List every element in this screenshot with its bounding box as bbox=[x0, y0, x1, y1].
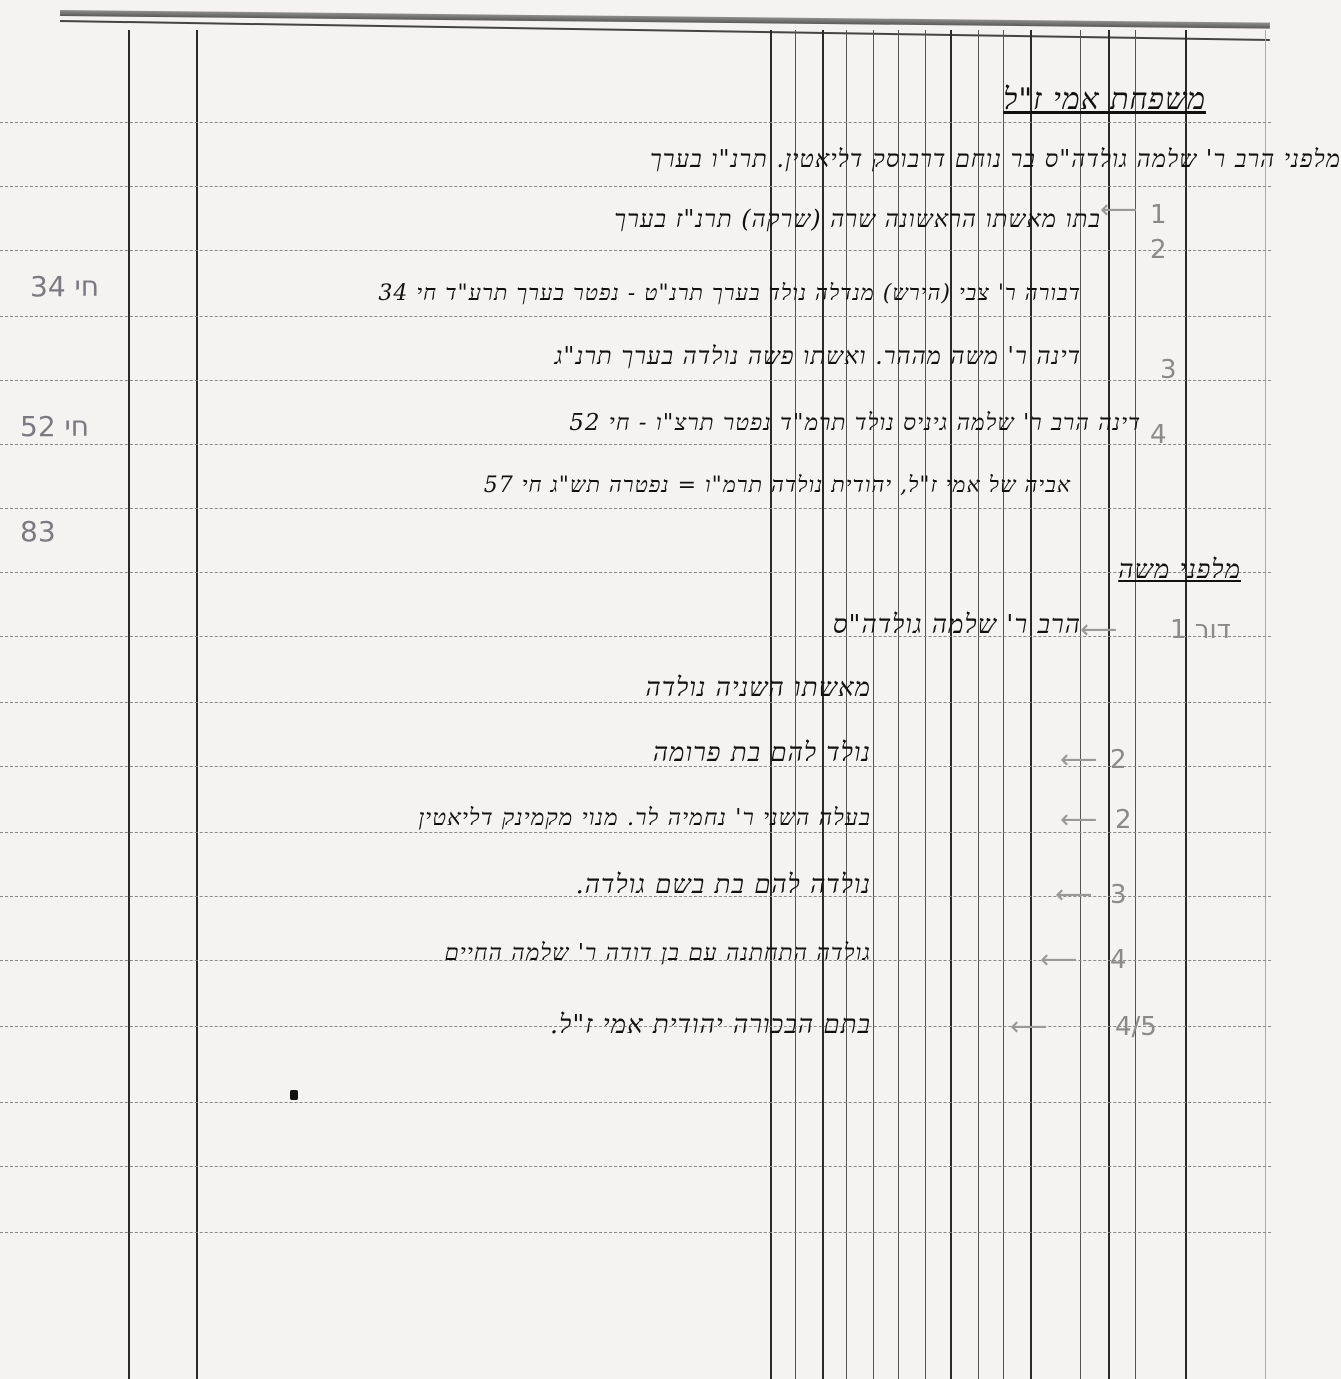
text-line: דבורה ר' צבי (הירש) מנדלה נולד בערך תרנ"… bbox=[378, 280, 1081, 306]
document-title: משפחת אמי ז"ל bbox=[1003, 82, 1206, 117]
text-line: נולד להם בת פרומה bbox=[653, 738, 871, 768]
arrow-annotation: ⟵ bbox=[1080, 615, 1117, 645]
generation-number: 2 bbox=[1150, 235, 1167, 265]
generation-number: 2 bbox=[1110, 745, 1127, 775]
generation-number: דור 1 bbox=[1170, 615, 1231, 645]
text-line: הרב ר' שלמה גולדה"ס bbox=[833, 610, 1081, 640]
arrow-annotation: ⟵ bbox=[1100, 195, 1137, 225]
generation-number: 4 bbox=[1150, 420, 1167, 450]
text-line: גולדה התחתנה עם בן דודה ר' שלמה החיים bbox=[444, 940, 871, 966]
generation-number: 3 bbox=[1160, 355, 1177, 385]
generation-number: 4 bbox=[1110, 945, 1127, 975]
text-line: מלפני הרב ר' שלמה גולדה"ס בר נוחם דרבוסק… bbox=[650, 145, 1341, 174]
text-line: בעלה השני ר' נחמיה לר. מנוי מקמינק דליאט… bbox=[418, 805, 871, 831]
generation-number: 3 bbox=[1110, 880, 1127, 910]
row-rule bbox=[0, 1166, 1271, 1168]
column-rule bbox=[196, 30, 198, 1379]
text-line: נולדה להם בת בשם גולדה. bbox=[576, 870, 871, 900]
arrow-annotation: ⟵ bbox=[1060, 745, 1097, 775]
row-rule bbox=[0, 444, 1271, 446]
top-border-rule bbox=[60, 10, 1270, 29]
margin-note: חי 34 bbox=[30, 270, 99, 303]
text-line: בתו מאשתו הראשונה שרה (שרקה) תרנ"ז בערך bbox=[614, 205, 1101, 234]
arrow-annotation: ⟵ bbox=[1010, 1012, 1047, 1042]
text-line: מאשתו השניה נולדה bbox=[645, 673, 871, 703]
row-rule bbox=[0, 122, 1271, 124]
row-rule bbox=[0, 316, 1271, 318]
row-rule bbox=[0, 1232, 1271, 1234]
text-line: אביה של אמי ז"ל, יהודית נולדה תרמ"ו = נפ… bbox=[484, 472, 1071, 498]
column-rule bbox=[128, 30, 130, 1379]
row-rule bbox=[0, 508, 1271, 510]
generation-number: 2 bbox=[1115, 805, 1132, 835]
text-line: דינה ר' משה מההר. ואשתו פשה נולדה בערך ת… bbox=[555, 342, 1082, 371]
row-rule bbox=[0, 380, 1271, 382]
ink-dot bbox=[290, 1090, 298, 1100]
margin-note: חי 52 bbox=[20, 410, 89, 443]
column-rule bbox=[1108, 30, 1110, 1379]
row-rule bbox=[0, 572, 1271, 574]
generation-number: 1 bbox=[1150, 200, 1167, 230]
row-rule bbox=[0, 1102, 1271, 1104]
document-page: משפחת אמי ז"ל מלפני הרב ר' שלמה גולדה"ס … bbox=[0, 0, 1341, 1379]
text-line: דינה הרב ר' שלמה גיניס נולד תרמ"ד נפטר ת… bbox=[569, 410, 1141, 436]
generation-number: 4/5 bbox=[1115, 1012, 1157, 1042]
arrow-annotation: ⟵ bbox=[1055, 880, 1092, 910]
column-rule bbox=[1185, 30, 1187, 1379]
section-heading: מלפני משה bbox=[1118, 555, 1241, 585]
row-rule bbox=[0, 250, 1271, 252]
margin-note: 83 bbox=[20, 515, 56, 548]
column-rule bbox=[1135, 30, 1136, 1379]
row-rule bbox=[0, 186, 1271, 188]
row-rule bbox=[0, 702, 1271, 704]
text-line: בתם הבכורה יהודית אמי ז"ל. bbox=[550, 1010, 871, 1040]
arrow-annotation: ⟵ bbox=[1040, 945, 1077, 975]
arrow-annotation: ⟵ bbox=[1060, 805, 1097, 835]
column-rule bbox=[1265, 30, 1266, 1379]
